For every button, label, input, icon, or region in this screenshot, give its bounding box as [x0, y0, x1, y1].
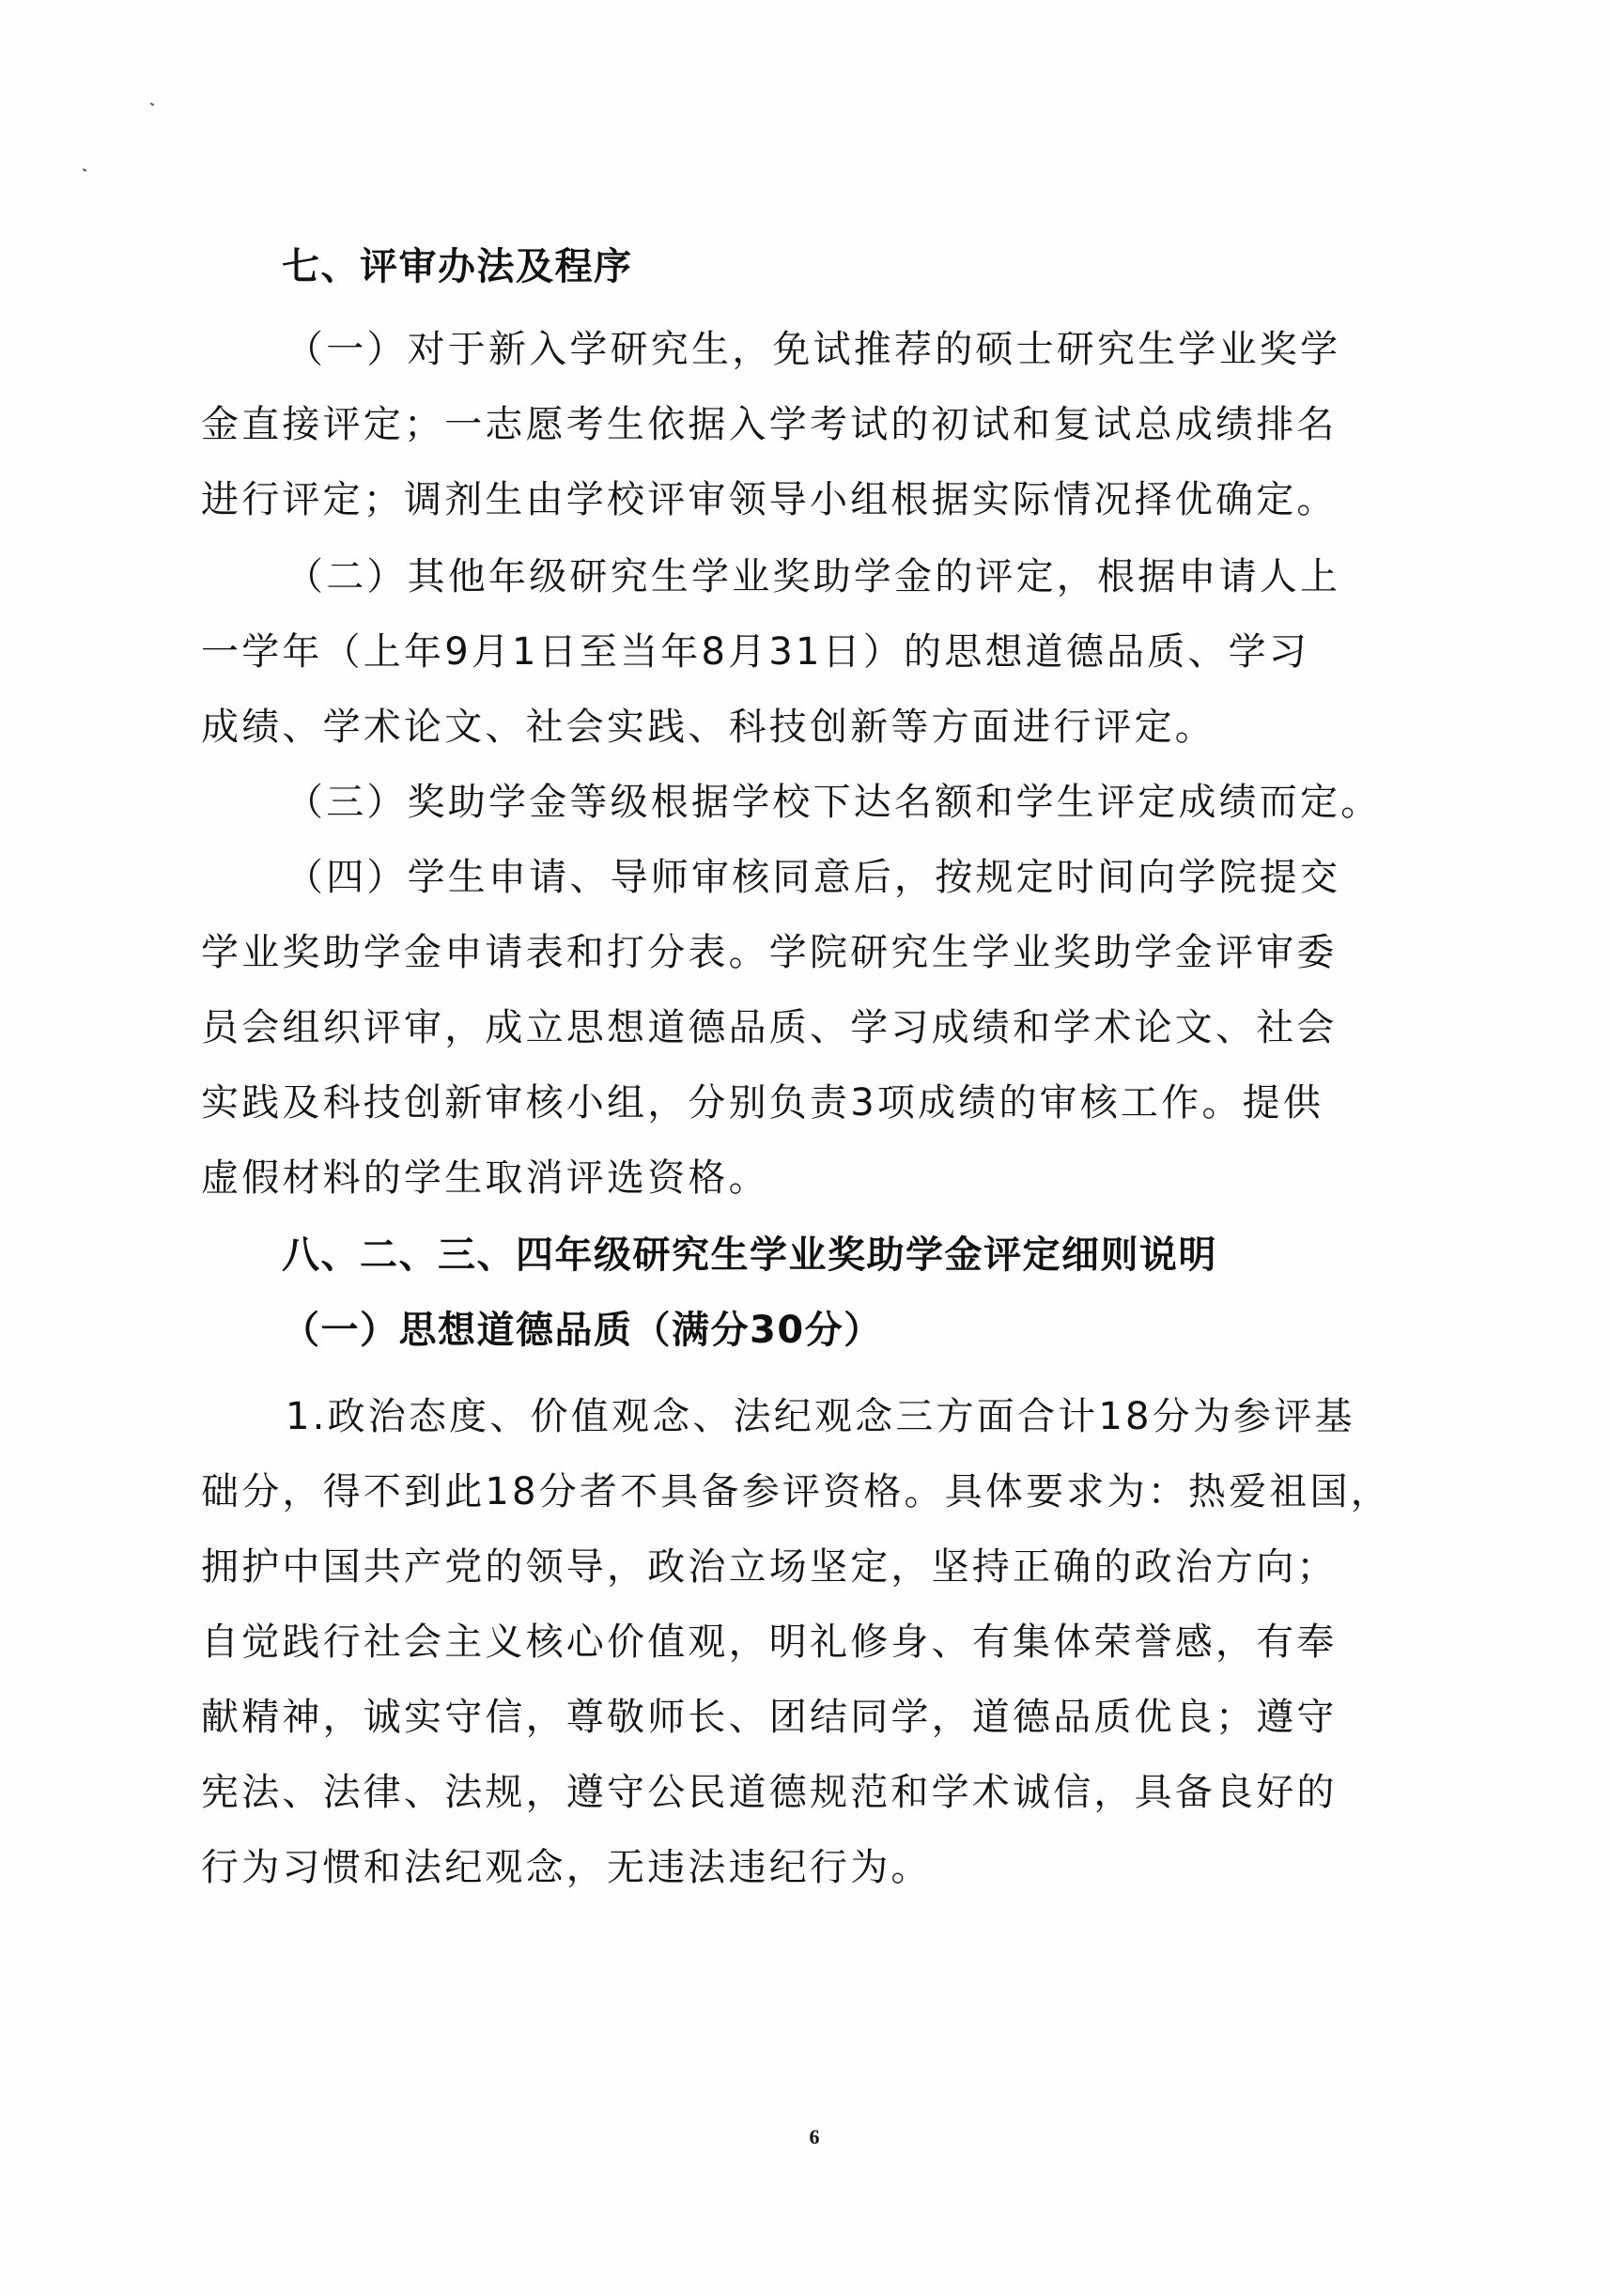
paragraph-line: 础分，得不到此18分者不具备参评资格。具体要求为：热爱祖国， — [201, 1467, 1422, 1516]
paragraph-line: （一）对于新入学研究生，免试推荐的硕士研究生学业奖学 — [286, 325, 1507, 374]
paragraph-line: 虚假材料的学生取消评选资格。 — [201, 1154, 1422, 1202]
paragraph-line: 拥护中国共产党的领导，政治立场坚定，坚持正确的政治方向； — [201, 1543, 1422, 1591]
paragraph-line: （四）学生申请、导师审核同意后，按规定时间向学院提交 — [286, 853, 1507, 902]
paragraph-line: （三）奖助学金等级根据学校下达名额和学生评定成绩而定。 — [286, 778, 1507, 827]
section-heading-8: 八、二、三、四年级研究生学业奖助学金评定细则说明 — [282, 1231, 1503, 1280]
paragraph-line: 进行评定；调剂生由学校评审领导小组根据实际情况择优确定。 — [201, 475, 1422, 524]
page-number: 6 — [803, 2125, 826, 2149]
paragraph-line: 学业奖助学金申请表和打分表。学院研究生学业奖助学金评审委 — [201, 928, 1422, 977]
paragraph-line: 金直接评定；一志愿考生依据入学考试的初试和复试总成绩排名 — [201, 400, 1422, 449]
subsection-heading: （一）思想道德品质（满分30分） — [282, 1306, 1503, 1355]
paragraph-line: 成绩、学术论文、社会实践、科技创新等方面进行评定。 — [201, 703, 1422, 752]
scan-speck — [150, 102, 154, 106]
section-heading-7: 七、评审办法及程序 — [282, 242, 1503, 291]
document-page: 七、评审办法及程序 （一）对于新入学研究生，免试推荐的硕士研究生学业奖学 金直接… — [0, 0, 1610, 2296]
scan-speck — [83, 168, 86, 172]
paragraph-line: （二）其他年级研究生学业奖助学金的评定，根据申请人上 — [286, 552, 1507, 601]
paragraph-line: 宪法、法律、法规，遵守公民道德规范和学术诚信，具备良好的 — [201, 1768, 1422, 1817]
paragraph-line: 献精神，诚实守信，尊敬师长、团结同学，道德品质优良；遵守 — [201, 1693, 1422, 1742]
paragraph-line: 行为习惯和法纪观念，无违法违纪行为。 — [201, 1843, 1422, 1892]
paragraph-line: 员会组织评审，成立思想道德品质、学习成绩和学术论文、社会 — [201, 1003, 1422, 1052]
paragraph-line: 一学年（上年9月1日至当年8月31日）的思想道德品质、学习 — [201, 628, 1422, 676]
paragraph-line: 自觉践行社会主义核心价值观，明礼修身、有集体荣誉感，有奉 — [201, 1618, 1422, 1667]
paragraph-line: 实践及科技创新审核小组，分别负责3项成绩的审核工作。提供 — [201, 1078, 1422, 1127]
paragraph-line: 1.政治态度、价值观念、法纪观念三方面合计18分为参评基 — [286, 1392, 1507, 1441]
